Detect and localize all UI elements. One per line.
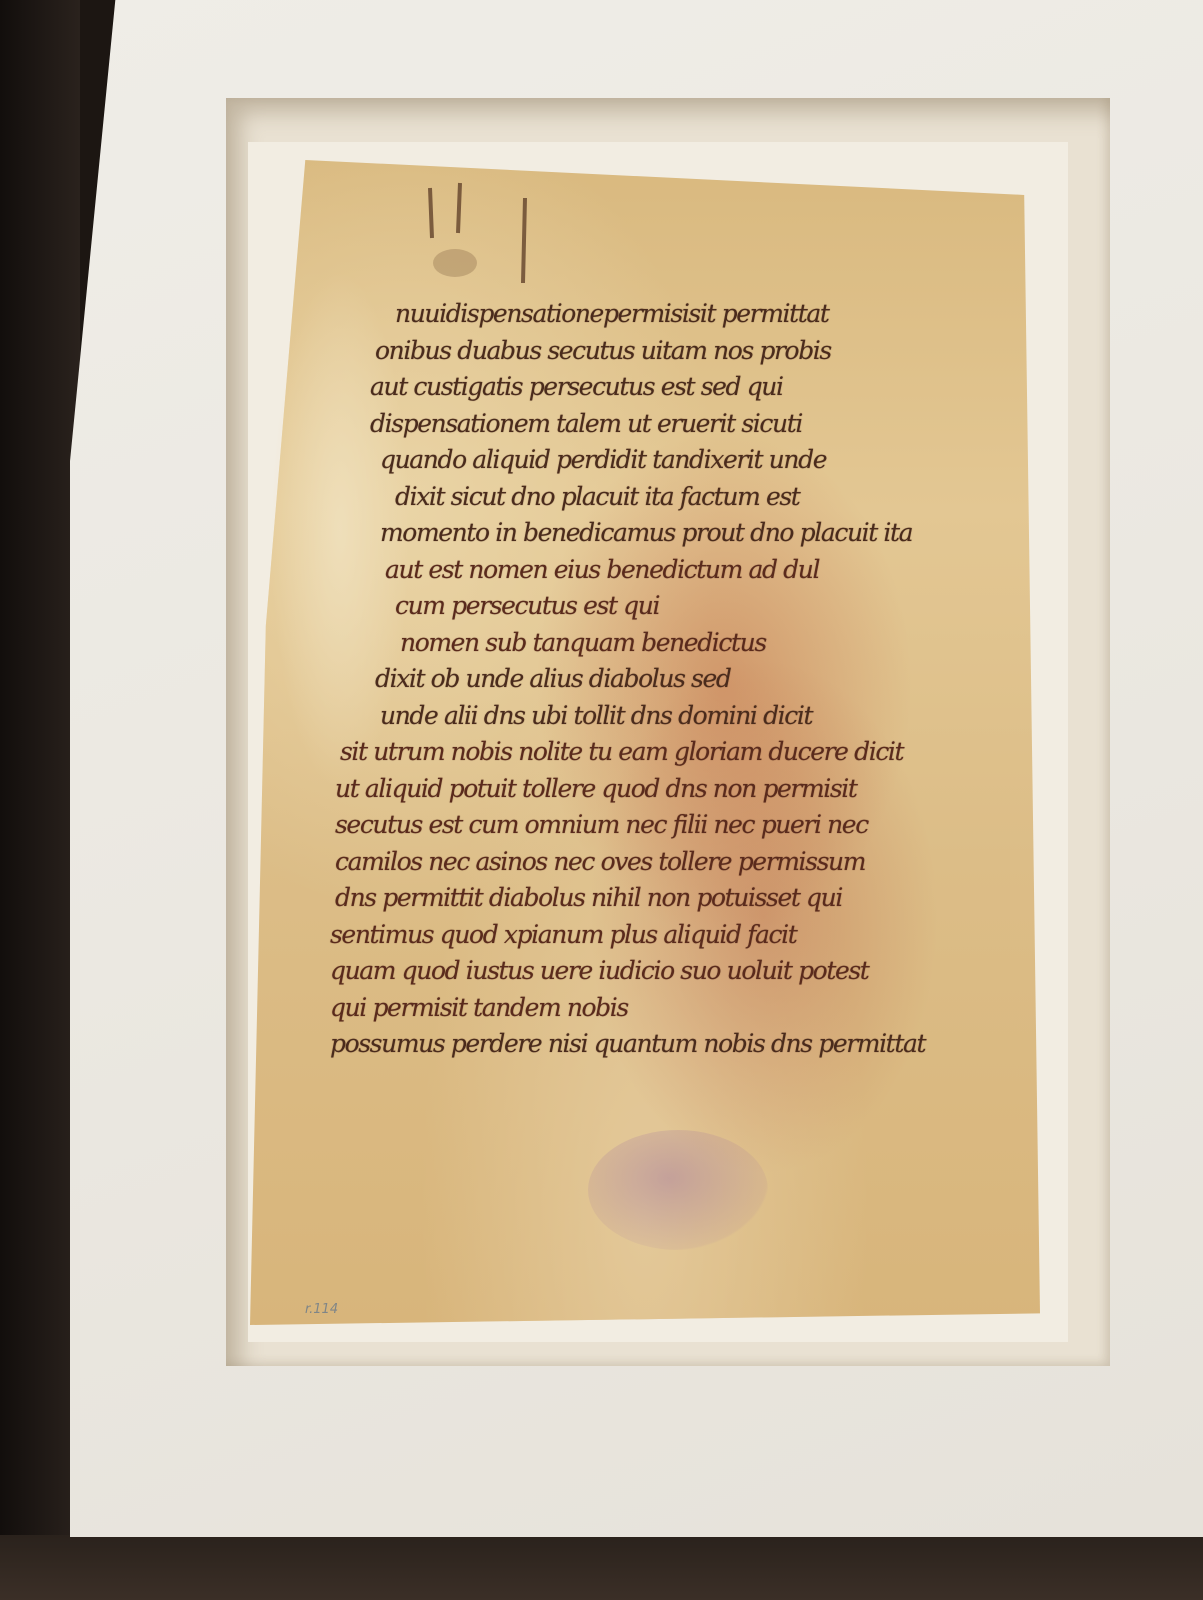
pencil-annotation: r.114: [305, 1302, 338, 1317]
text-line: cum persecutus est qui: [325, 588, 965, 625]
text-line: nomen sub tanquam benedictus: [325, 625, 965, 662]
dark-background-bottom: [0, 1535, 1203, 1600]
text-line: unde alii dns ubi tollit dns domini dici…: [325, 698, 965, 735]
text-line: onibus duabus secutus uitam nos probis: [325, 333, 965, 370]
text-line: quando aliquid perdidit tandixerit unde: [325, 442, 965, 479]
dark-background-left: [0, 0, 80, 1600]
text-line: sentimus quod xpianum plus aliquid facit: [325, 917, 965, 954]
top-ink-marks: [425, 178, 535, 288]
text-line: ut aliquid potuit tollere quod dns non p…: [325, 771, 965, 808]
text-line: dns permittit diabolus nihil non potuiss…: [325, 880, 965, 917]
text-line: aut custigatis persecutus est sed qui: [325, 369, 965, 406]
library-stamp: [588, 1130, 768, 1250]
text-line: qui permisit tandem nobis: [325, 990, 965, 1027]
text-line: camilos nec asinos nec oves tollere perm…: [325, 844, 965, 881]
text-line: nuuidispensationepermisisit permittat: [325, 296, 965, 333]
text-line: possumus perdere nisi quantum nobis dns …: [325, 1026, 965, 1063]
text-line: momento in benedicamus prout dno placuit…: [325, 515, 965, 552]
text-line: quam quod iustus uere iudicio suo uoluit…: [325, 953, 965, 990]
text-line: dixit sicut dno placuit ita factum est: [325, 479, 965, 516]
manuscript-text: nuuidispensationepermisisit permittat on…: [325, 296, 965, 1063]
text-line: aut est nomen eius benedictum ad dul: [325, 552, 965, 589]
text-line: sit utrum nobis nolite tu eam gloriam du…: [325, 734, 965, 771]
text-line: dixit ob unde alius diabolus sed: [325, 661, 965, 698]
text-line: secutus est cum omnium nec filii nec pue…: [325, 807, 965, 844]
text-line: dispensationem talem ut eruerit sicuti: [325, 406, 965, 443]
